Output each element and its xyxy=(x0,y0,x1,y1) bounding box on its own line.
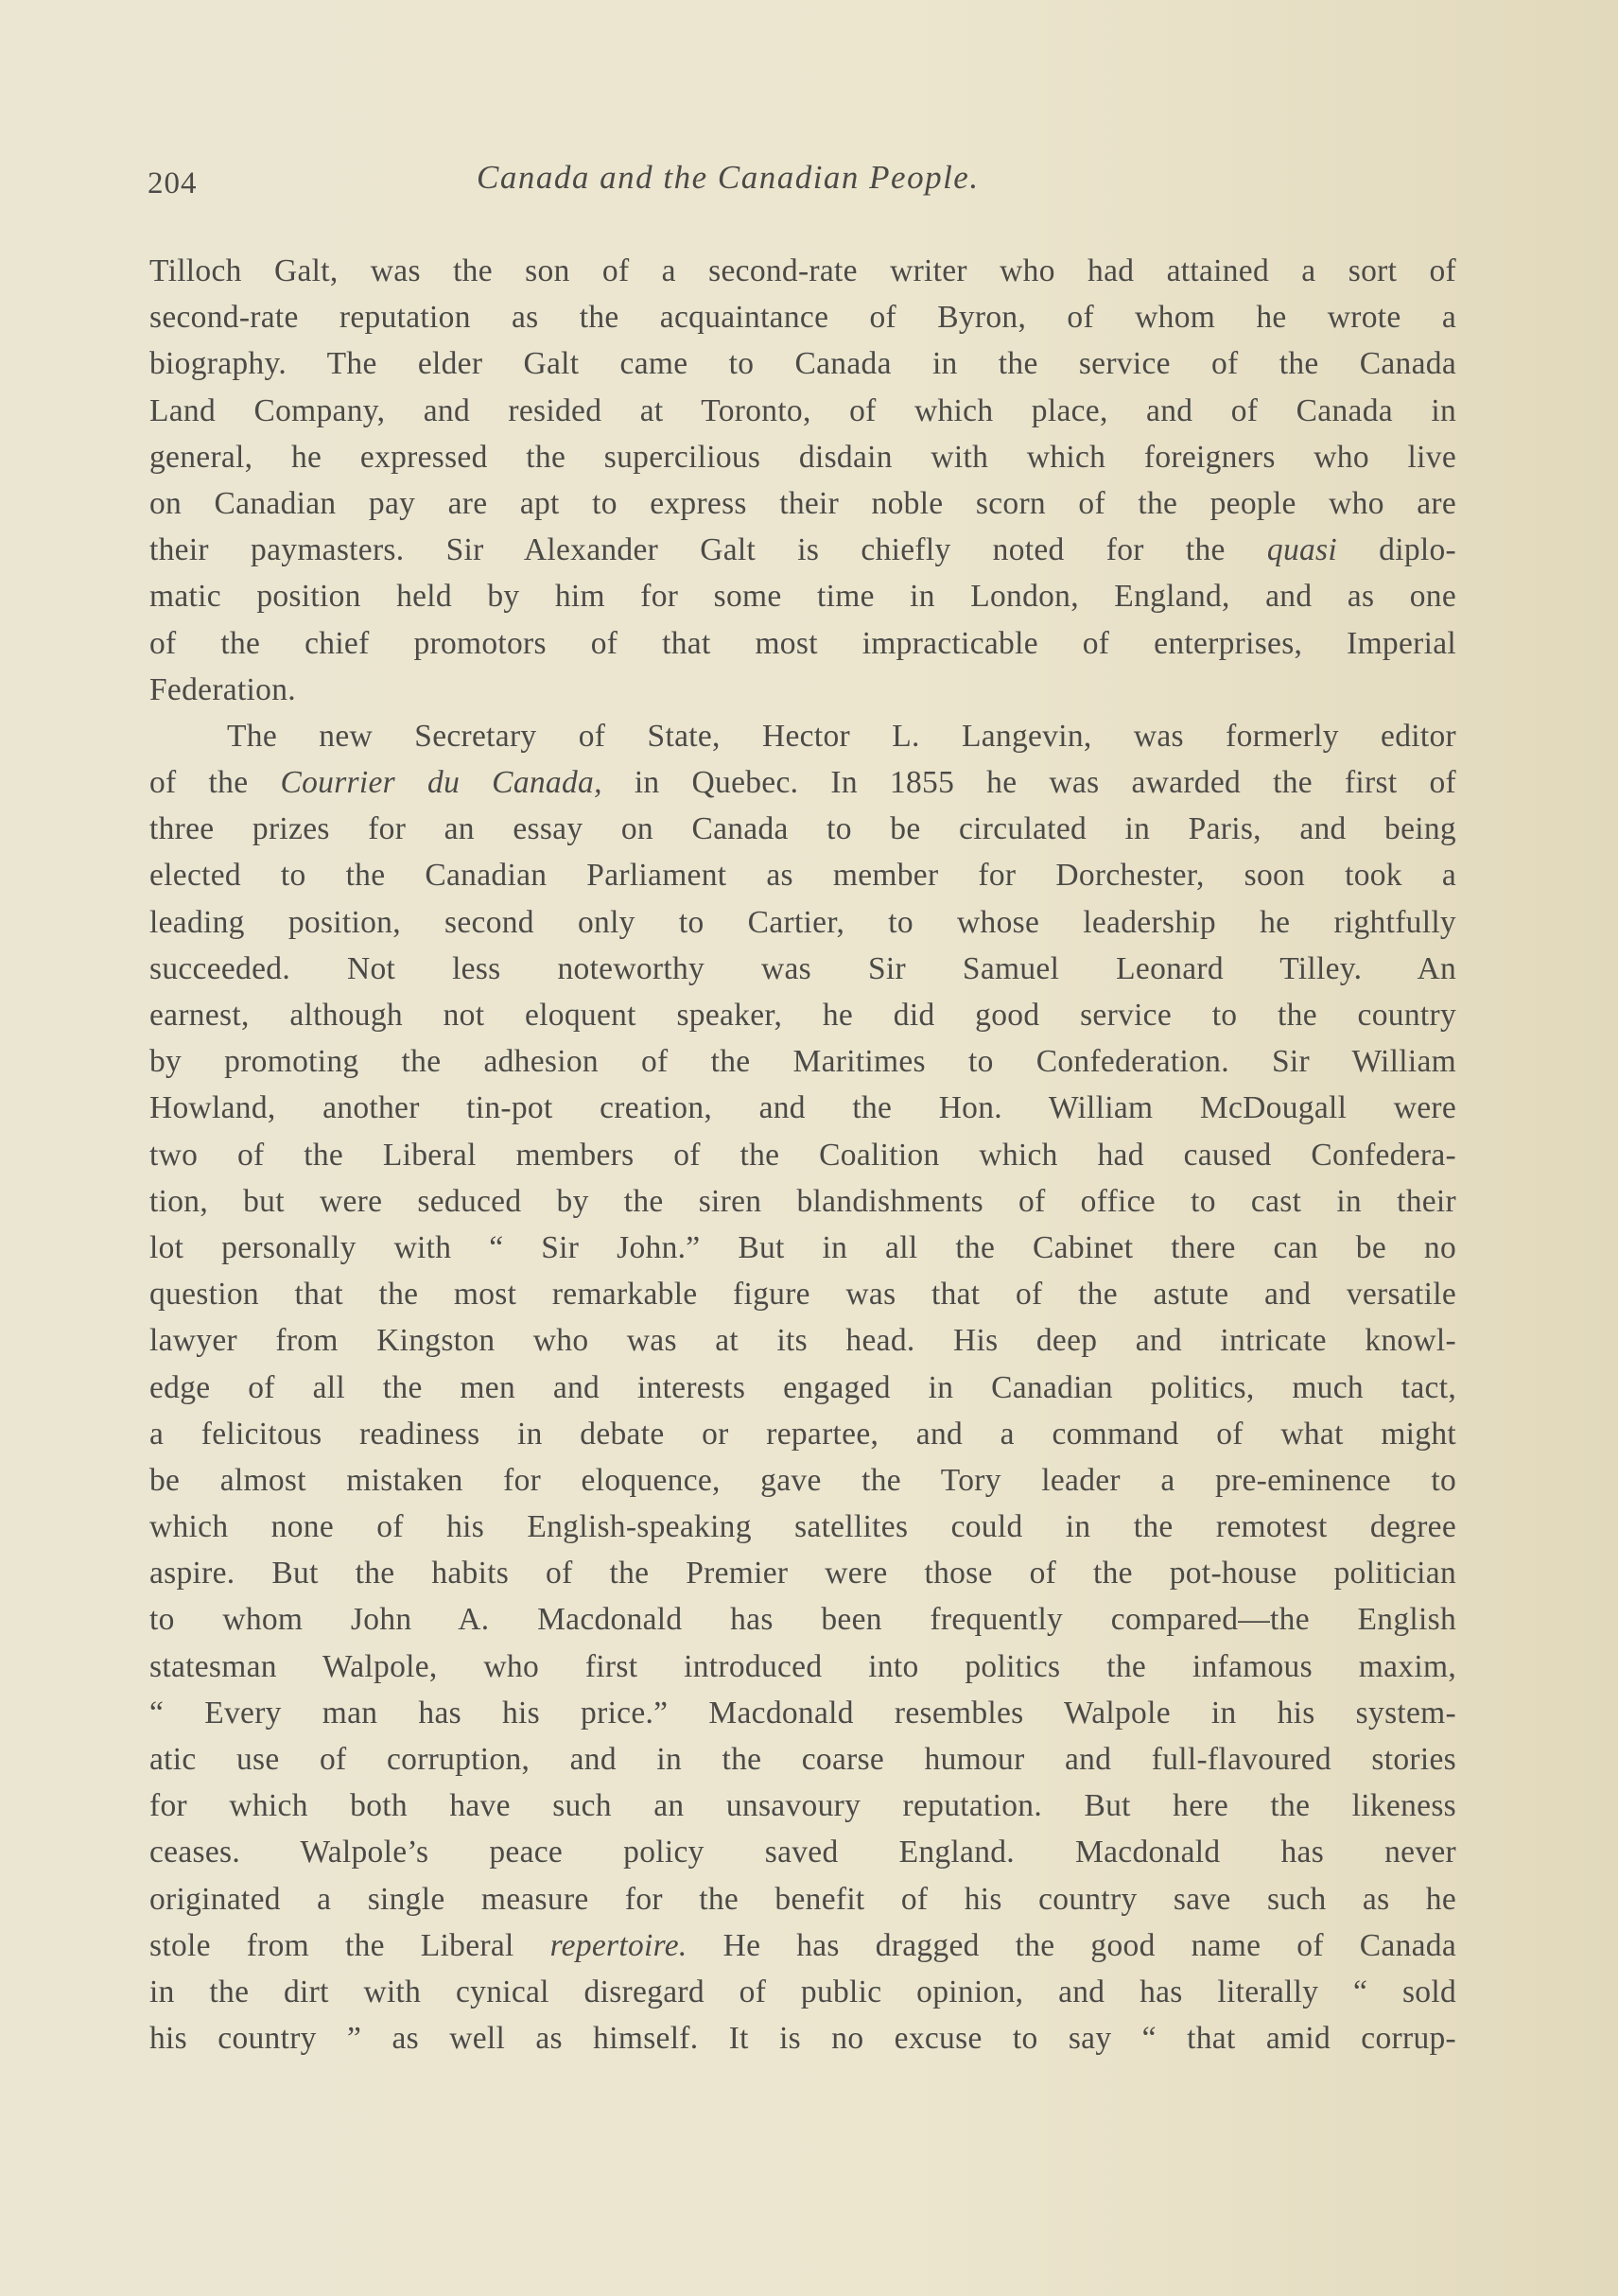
text-line: biography. The elder Galt came to Canada… xyxy=(149,340,1456,387)
text-line: general, he expressed the supercilious d… xyxy=(149,434,1456,480)
text-line: by promoting the adhesion of the Maritim… xyxy=(149,1038,1456,1085)
text-line: aspire. But the habits of the Premier we… xyxy=(149,1550,1456,1596)
italic-title: Courrier du Canada, xyxy=(280,765,601,800)
text-line: tion, but were seduced by the siren blan… xyxy=(149,1178,1456,1225)
text-line: a felicitous readiness in debate or repa… xyxy=(149,1411,1456,1457)
text-line: ceases. Walpole’s peace policy saved Eng… xyxy=(149,1829,1456,1875)
text-line: Howland, another tin-pot creation, and t… xyxy=(149,1085,1456,1131)
text-segment: He has dragged the good name of Canada xyxy=(723,1928,1456,1963)
text-line: question that the most remarkable figure… xyxy=(149,1271,1456,1317)
text-line: stole from the Liberal repertoire. He ha… xyxy=(149,1922,1456,1969)
text-line: lawyer from Kingston who was at its head… xyxy=(149,1317,1456,1364)
text-segment: diplo- xyxy=(1379,532,1456,567)
book-page: 204 Canada and the Canadian People. Till… xyxy=(0,0,1618,2296)
text-line: edge of all the men and interests engage… xyxy=(149,1365,1456,1411)
text-line: three prizes for an essay on Canada to b… xyxy=(149,806,1456,852)
text-segment: their paymasters. Sir Alexander Galt is … xyxy=(149,532,1226,567)
text-line: for which both have such an unsavoury re… xyxy=(149,1783,1456,1829)
text-line: elected to the Canadian Parliament as me… xyxy=(149,852,1456,898)
text-line: of the Courrier du Canada, in Quebec. In… xyxy=(149,759,1456,806)
running-title: Canada and the Canadian People. xyxy=(477,159,980,197)
text-line: Tilloch Galt, was the son of a second-ra… xyxy=(149,248,1456,294)
text-line: succeeded. Not less noteworthy was Sir S… xyxy=(149,946,1456,992)
text-line: which none of his English-speaking satel… xyxy=(149,1504,1456,1550)
text-line: matic position held by him for some time… xyxy=(149,573,1456,619)
text-line: on Canadian pay are apt to express their… xyxy=(149,480,1456,527)
text-line: atic use of corruption, and in the coars… xyxy=(149,1736,1456,1783)
page-number: 204 xyxy=(148,166,198,201)
text-line: originated a single measure for the bene… xyxy=(149,1876,1456,1922)
text-line: of the chief promotors of that most impr… xyxy=(149,620,1456,667)
text-line: Federation. xyxy=(149,667,1456,713)
text-line: his country ” as well as himself. It is … xyxy=(149,2015,1456,2061)
text-line: leading position, second only to Cartier… xyxy=(149,899,1456,946)
text-line: earnest, although not eloquent speaker, … xyxy=(149,992,1456,1038)
text-line: lot personally with “ Sir John.” But in … xyxy=(149,1225,1456,1271)
text-segment: in Quebec. In 1855 he was awarded the fi… xyxy=(635,765,1456,800)
text-segment: of the xyxy=(149,765,248,800)
text-line: second-rate reputation as the acquaintan… xyxy=(149,294,1456,340)
text-line: to whom John A. Macdonald has been frequ… xyxy=(149,1596,1456,1643)
running-head: 204 Canada and the Canadian People. xyxy=(148,159,1462,206)
italic-term: repertoire. xyxy=(550,1928,687,1963)
body-text: Tilloch Galt, was the son of a second-ra… xyxy=(149,248,1456,2061)
text-line: statesman Walpole, who first introduced … xyxy=(149,1644,1456,1690)
text-line: their paymasters. Sir Alexander Galt is … xyxy=(149,527,1456,573)
text-line: in the dirt with cynical disregard of pu… xyxy=(149,1969,1456,2015)
text-segment: stole from the Liberal xyxy=(149,1928,514,1963)
text-line: Land Company, and resided at Toronto, of… xyxy=(149,388,1456,434)
text-line: The new Secretary of State, Hector L. La… xyxy=(149,713,1456,759)
text-line: two of the Liberal members of the Coalit… xyxy=(149,1132,1456,1178)
italic-term: quasi xyxy=(1267,532,1337,567)
text-line: “ Every man has his price.” Macdonald re… xyxy=(149,1690,1456,1736)
text-line: be almost mistaken for eloquence, gave t… xyxy=(149,1457,1456,1504)
